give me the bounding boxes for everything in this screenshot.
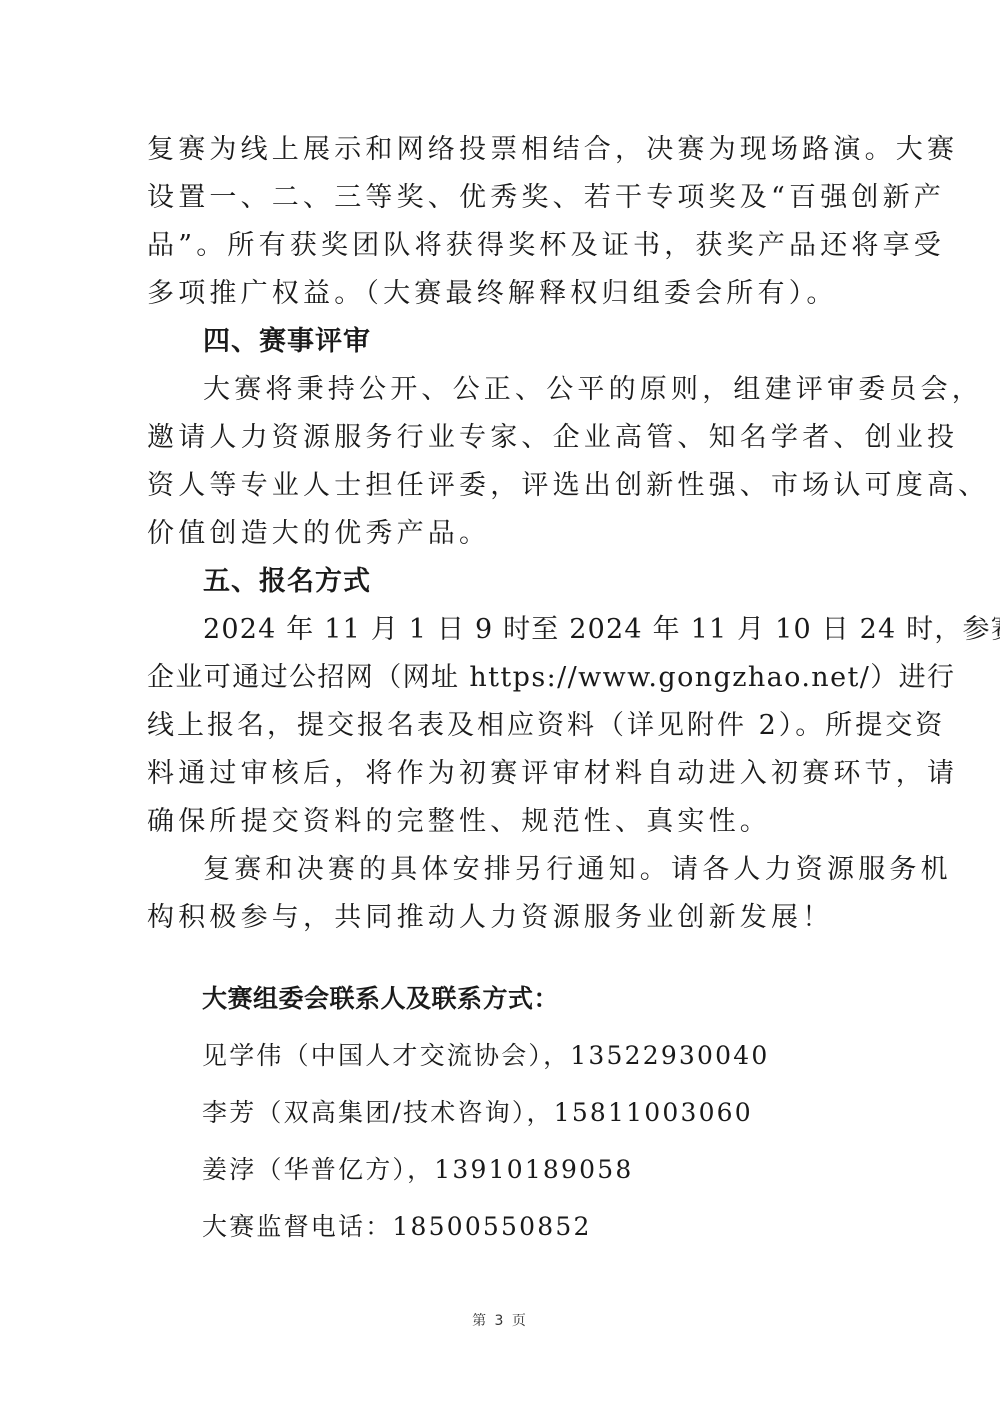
paragraph-line: 设置一、二、三等奖、优秀奖、若干专项奖及“百强创新产 <box>147 182 945 214</box>
paragraph-line: 线上报名，提交报名表及相应资料（详见附件 2）。所提交资 <box>147 710 945 742</box>
paragraph-line: 价值创造大的优秀产品。 <box>147 518 490 550</box>
paragraph-line: 复赛和决赛的具体安排另行通知。请各人力资源服务机 <box>203 854 952 886</box>
contact-item: 见学伟（中国人才交流协会），13522930040 <box>202 1040 769 1072</box>
paragraph-line: 大赛将秉持公开、公正、公平的原则，组建评审委员会， <box>203 374 983 406</box>
page-number: 第 3 页 <box>0 1310 1000 1330</box>
paragraph-line: 确保所提交资料的完整性、规范性、真实性。 <box>147 806 771 838</box>
paragraph-line: 2024 年 11 月 1 日 9 时至 2024 年 11 月 10 日 24… <box>203 614 1000 646</box>
contact-item: 姜浡（华普亿方），13910189058 <box>202 1154 633 1186</box>
paragraph-line: 品”。所有获奖团队将获得奖杯及证书，获奖产品还将享受 <box>147 230 945 262</box>
paragraph-line-url: 企业可通过公招网（网址 https://www.gongzhao.net/）进行 <box>147 662 955 694</box>
paragraph-line: 邀请人力资源服务行业专家、企业高管、知名学者、创业投 <box>147 422 958 454</box>
contact-item: 李芳（双高集团/技术咨询），15811003060 <box>202 1097 753 1129</box>
paragraph-line: 构积极参与，共同推动人力资源服务业创新发展！ <box>147 902 833 934</box>
section-heading-review: 四、赛事评审 <box>203 326 371 358</box>
contact-item-supervision-phone: 大赛监督电话：18500550852 <box>202 1211 592 1243</box>
paragraph-line: 资人等专业人士担任评委，评选出创新性强、市场认可度高、 <box>147 470 989 502</box>
paragraph-line: 料通过审核后，将作为初赛评审材料自动进入初赛环节，请 <box>147 758 958 790</box>
section-heading-registration: 五、报名方式 <box>203 566 371 598</box>
paragraph-line: 复赛为线上展示和网络投票相结合，决赛为现场路演。大赛 <box>147 134 958 166</box>
contacts-heading: 大赛组委会联系人及联系方式： <box>202 983 559 1015</box>
paragraph-line: 多项推广权益。（大赛最终解释权归组委会所有）。 <box>147 278 838 310</box>
